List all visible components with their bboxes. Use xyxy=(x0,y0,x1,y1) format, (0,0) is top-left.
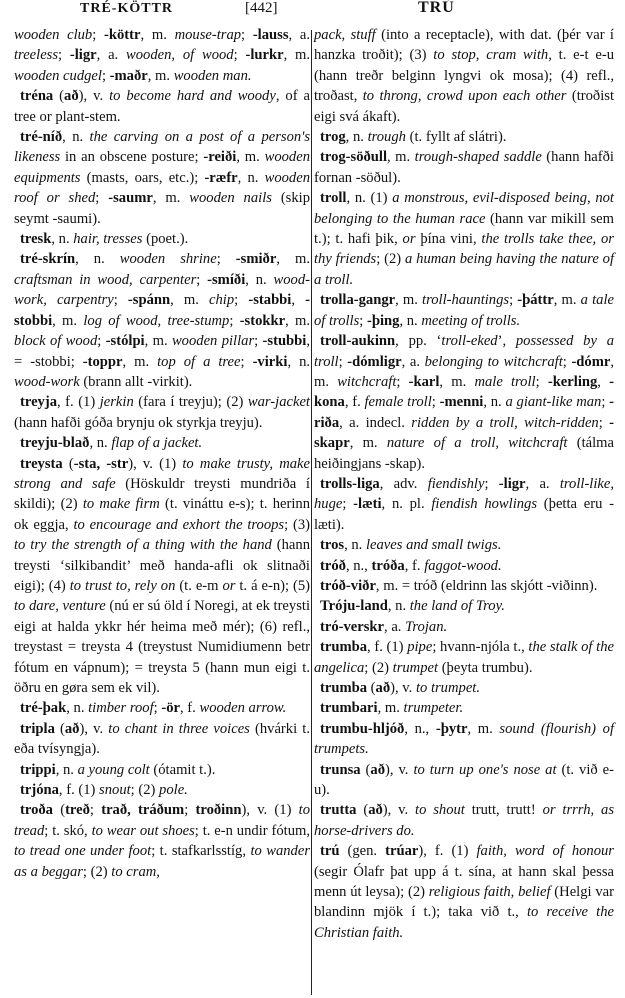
dictionary-entry: trjóna, f. (1) snout; (2) pole. xyxy=(14,780,310,800)
dictionary-entry: tró-verskr, a. Trojan. xyxy=(314,617,614,637)
running-header: TRÉ-KÖTTR [442] TRÚ xyxy=(0,0,625,24)
dictionary-entry: trumbu-hljóð, n., -þytr, m. sound (flour… xyxy=(314,719,614,760)
dictionary-entry: trunsa (að), v. to turn up one's nose at… xyxy=(314,760,614,801)
right-guide-word: TRÚ xyxy=(418,0,455,17)
dictionary-entry: trog-söðull, m. trough-shaped saddle (ha… xyxy=(314,147,614,188)
dictionary-entry: tré-níð, n. the carving on a post of a p… xyxy=(14,127,310,229)
dictionary-entry: trolls-liga, adv. fiendishly; -ligr, a. … xyxy=(314,474,614,535)
right-column: pack, stuff (into a receptacle), with da… xyxy=(314,25,614,943)
dictionary-entry: troll-aukinn, pp. ‘troll-eked’, possesse… xyxy=(314,331,614,474)
dictionary-entry: troða (treð; trað, tráðum; troðinn), v. … xyxy=(14,800,310,882)
dictionary-entry: treysta (-sta, -str), v. (1) to make tru… xyxy=(14,454,310,699)
dictionary-entry: troll, n. (1) a monstrous, evil-disposed… xyxy=(314,188,614,290)
continued-entry: pack, stuff (into a receptacle), with da… xyxy=(314,25,614,127)
continued-entry: wooden club; -köttr, m. mouse-trap; -lau… xyxy=(14,25,310,86)
dictionary-entry: trog, n. trough (t. fyllt af slátri). xyxy=(314,127,614,147)
dictionary-entry: trumbari, m. trumpeter. xyxy=(314,698,614,718)
dictionary-entry: tré-skrín, n. wooden shrine; -smiðr, m. … xyxy=(14,249,310,392)
left-column: wooden club; -köttr, m. mouse-trap; -lau… xyxy=(14,25,310,882)
dictionary-entry: tripla (að), v. to chant in three voices… xyxy=(14,719,310,760)
dictionary-entry: trolla-gangr, m. troll-hauntings; -þáttr… xyxy=(314,290,614,331)
dictionary-entry: tresk, n. hair, tresses (poet.). xyxy=(14,229,310,249)
dictionary-entry: trumba, f. (1) pipe; hvann-njóla t., the… xyxy=(314,637,614,678)
page-number: [442] xyxy=(245,0,278,17)
dictionary-entry: treyja, f. (1) jerkin (fara í treyju); (… xyxy=(14,392,310,433)
dictionary-entry: trippi, n. a young colt (ótamit t.). xyxy=(14,760,310,780)
dictionary-entry: trumba (að), v. to trumpet. xyxy=(314,678,614,698)
dictionary-entry: tróð, n., tróða, f. faggot-wood. xyxy=(314,556,614,576)
dictionary-entry: trú (gen. trúar), f. (1) faith, word of … xyxy=(314,841,614,943)
dictionary-entry: tróð-viðr, m. = tróð (eldrinn las skjótt… xyxy=(314,576,614,596)
dictionary-entry: tré-þak, n. timber roof; -ör, f. wooden … xyxy=(14,698,310,718)
dictionary-entry: treyju-blað, n. flap of a jacket. xyxy=(14,433,310,453)
dictionary-entry: trutta (að), v. to shout trutt, trutt! o… xyxy=(314,800,614,841)
dictionary-entry: tréna (að), v. to become hard and woody,… xyxy=(14,86,310,127)
column-divider xyxy=(311,30,312,995)
left-guide-word: TRÉ-KÖTTR xyxy=(80,1,173,17)
dictionary-entry: tros, n. leaves and small twigs. xyxy=(314,535,614,555)
dictionary-entry: Tróju-land, n. the land of Troy. xyxy=(314,596,614,616)
